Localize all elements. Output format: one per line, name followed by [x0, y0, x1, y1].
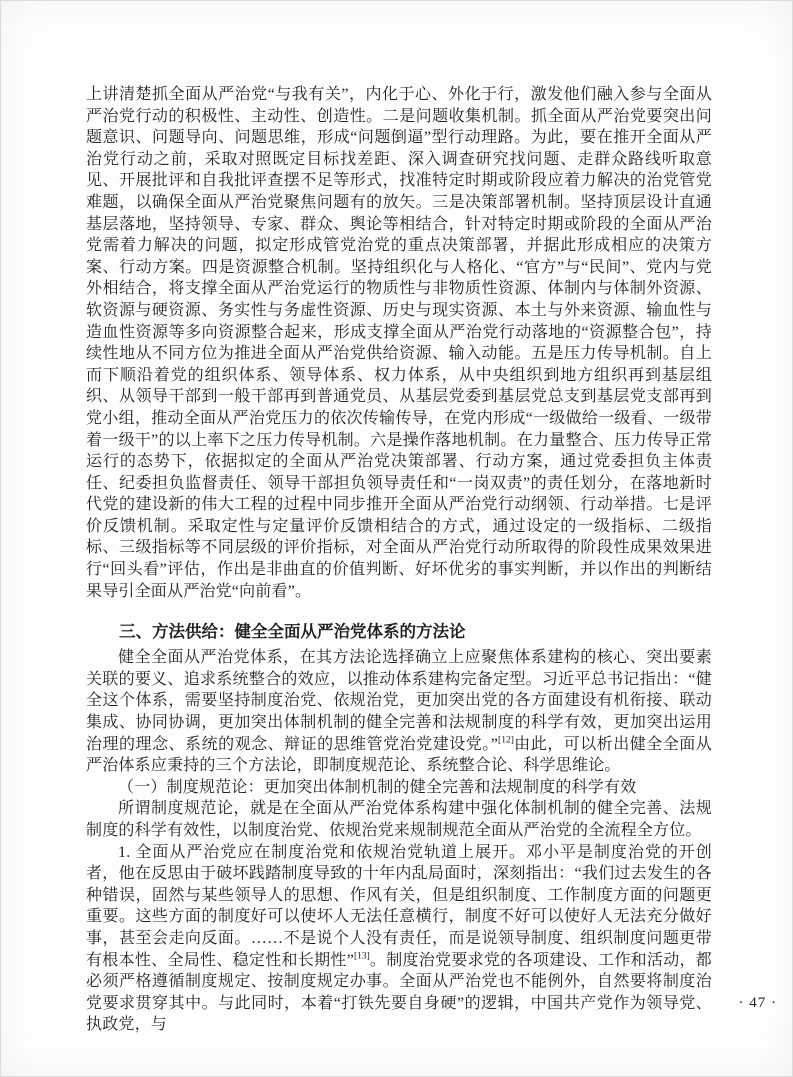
paragraph-institutional-norms: 所谓制度规范论，就是在全面从严治党体系构建中强化体制机制的健全完善、法规制度的科…: [86, 798, 712, 841]
document-page: 上讲清楚抓全面从严治党“与我有关”，内化于心、外化于行，激发他们融入参与全面从严…: [0, 0, 793, 1077]
page-body: 上讲清楚抓全面从严治党“与我有关”，内化于心、外化于行，激发他们融入参与全面从严…: [86, 84, 712, 1036]
paragraph-seven-mechanisms: 上讲清楚抓全面从严治党“与我有关”，内化于心、外化于行，激发他们融入参与全面从严…: [86, 84, 712, 602]
footnote-ref-13: [13]: [354, 951, 370, 961]
paragraph-deng-institution: 1. 全面从严治党应在制度治党和依规治党轨道上展开。邓小平是制度治党的开创者，他…: [86, 842, 712, 1036]
subsection-heading: （一）制度规范论：更加突出体制机制的健全完善和法规制度的科学有效: [86, 777, 712, 799]
page-number: · 47 ·: [739, 995, 778, 1012]
section-heading: 三、方法供给：健全全面从严治党体系的方法论: [86, 621, 712, 643]
paragraph-methodology: 健全全面从严治党体系，在其方法论选择确立上应聚焦体系建构的核心、突出要素关联的要…: [86, 647, 712, 777]
footnote-ref-12: [12]: [498, 735, 514, 745]
paragraph-deng-text: 1. 全面从严治党应在制度治党和依规治党轨道上展开。邓小平是制度治党的开创者，他…: [86, 844, 712, 969]
